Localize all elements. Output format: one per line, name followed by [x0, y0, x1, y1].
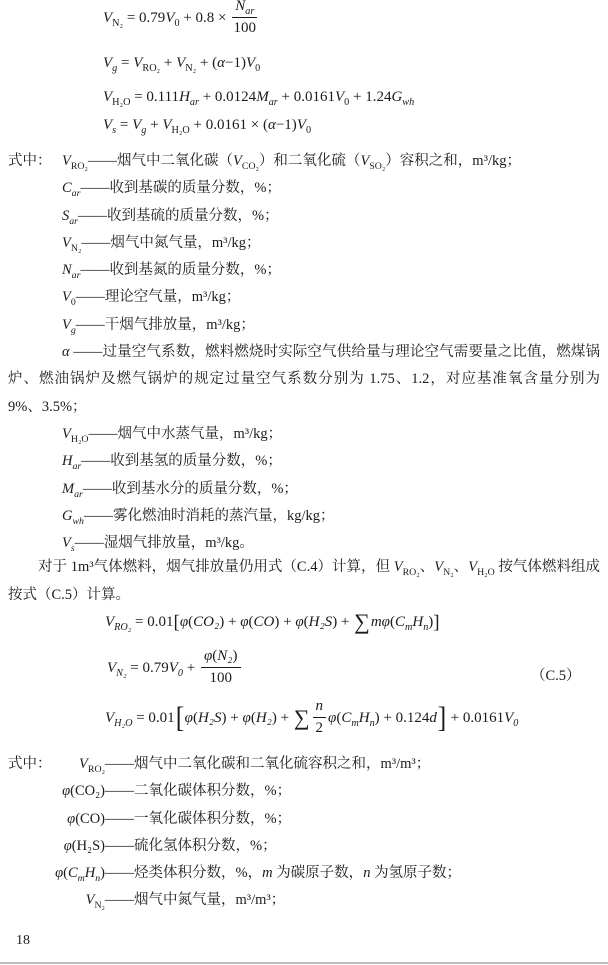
- page-number: 18: [16, 933, 30, 949]
- text-run: ) +: [274, 612, 295, 632]
- text-run: 干烟气排放量，m³/kg；: [105, 317, 255, 333]
- text-run: + (: [196, 53, 217, 73]
- text-run: (H₂S): [72, 838, 105, 854]
- text-run: 对于 1m³气体燃料，烟气排放量仍用式（C.4）计算，但: [38, 559, 394, 575]
- variable: mφ: [371, 612, 390, 632]
- text-run: 为碳原子数，: [273, 865, 364, 881]
- symbol-term: Gwh: [62, 508, 84, 524]
- symbol-term: VN₂: [62, 235, 81, 251]
- definition-row: Gwh——雾化燃油时消耗的蒸汽量，kg/kg；: [8, 503, 600, 530]
- definition-dash: ——: [89, 426, 118, 442]
- variable: V0: [335, 87, 349, 107]
- summation-symbol: ∑: [354, 611, 370, 633]
- symbol-term: VRO₂: [62, 153, 88, 169]
- definition-row: α ——过量空气系数，燃料燃烧时实际空气供给量与理论空气需要量之比值，燃煤锅炉、…: [8, 339, 600, 421]
- variable: Har: [179, 87, 199, 107]
- subscript: m: [78, 873, 85, 884]
- variable: Vg: [62, 317, 76, 333]
- definition-row: VN₂——烟气中氮气量，m³/kg；: [8, 230, 600, 257]
- text-run: 湿烟气排放量，m³/kg。: [104, 535, 254, 551]
- definition-text: 硫化氢体积分数，%；: [134, 838, 277, 854]
- symbol-term: VH₂O: [62, 426, 89, 442]
- variable: Sar: [62, 208, 78, 224]
- definition-dash: ——: [105, 811, 134, 827]
- variable: Cm: [68, 865, 85, 881]
- text-run: (CO₂): [70, 783, 105, 799]
- variable: Mar: [62, 481, 83, 497]
- text-run: = 0.79: [127, 658, 169, 678]
- numerator: Nar: [232, 0, 257, 18]
- definition-row: Sar——收到基硫的质量分数，%；: [8, 203, 600, 230]
- text-run: 为氢原子数；: [370, 865, 461, 881]
- symbol-term: φ(CmHn): [8, 860, 105, 887]
- variable: VCO₂: [233, 153, 259, 169]
- text-run: 烃类体积分数，%，: [134, 865, 262, 881]
- variable: φ: [67, 811, 75, 827]
- subscript: RO₂: [88, 764, 105, 775]
- subscript: N₂: [94, 900, 105, 911]
- variable: Gwh: [62, 508, 84, 524]
- definition-text: 烟气中水蒸气量，m³/kg；: [118, 426, 283, 442]
- text-run: ): [233, 648, 238, 665]
- text-run: + 0.0161: [447, 708, 504, 728]
- formula-vn2-gas-fuel: VN₂ = 0.79V0 + φ(N₂)100: [107, 648, 243, 687]
- variable: VH₂O: [103, 87, 130, 107]
- definition-row: V0——理论空气量，m³/kg；: [8, 284, 600, 311]
- text-run: 硫化氢体积分数，%；: [134, 838, 277, 854]
- variable: d: [429, 708, 437, 728]
- text-run: 烟气中水蒸气量，m³/kg；: [118, 426, 283, 442]
- formula-vro2-gas-fuel: VRO₂ = 0.01[φ(CO₂) + φ(CO) + φ(H₂S) + ∑m…: [105, 611, 440, 633]
- variable: V0: [165, 8, 179, 28]
- subscript: CO₂: [242, 161, 259, 172]
- numerator: n: [313, 698, 327, 718]
- definition-row: Car——收到基碳的质量分数，%；: [8, 175, 600, 202]
- text-run: 烟气中氮气量，m³/kg；: [110, 235, 260, 251]
- variable: VN₂: [434, 559, 453, 575]
- text-run: 、: [420, 559, 435, 575]
- variable: n: [316, 698, 324, 715]
- fraction: φ(N₂)100: [201, 648, 241, 687]
- variable: VN₂: [62, 235, 81, 251]
- text-run: −1): [225, 53, 246, 73]
- variable: Vg: [132, 115, 146, 135]
- definition-row: 式中：VRO₂——烟气中二氧化碳和二氧化硫容积之和，m³/m³；: [8, 751, 600, 778]
- subscript: ar: [69, 215, 78, 226]
- definition-row: Mar——收到基水分的质量分数，%；: [8, 476, 600, 503]
- gas-fuel-paragraph: 对于 1m³气体燃料，烟气排放量仍用式（C.4）计算，但 VRO₂、VN₂、VH…: [8, 554, 600, 609]
- variable: Hn: [359, 708, 375, 728]
- definition-row: VN₂——烟气中氮气量，m³/m³；: [8, 887, 600, 914]
- variable: Vs: [103, 115, 116, 135]
- definition-dash: ——: [84, 508, 113, 524]
- numerator: φ(N₂): [201, 648, 241, 668]
- big-bracket: [: [175, 703, 184, 733]
- denominator: 100: [209, 668, 232, 687]
- text-run: = 0.01: [132, 708, 174, 728]
- symbol-term: Vs: [62, 535, 75, 551]
- text-run: ) +: [219, 612, 240, 632]
- symbol-term: Har: [62, 453, 81, 469]
- denominator: 100: [234, 18, 257, 37]
- definition-dash: ——: [105, 838, 134, 854]
- variable: H₂S: [198, 708, 222, 728]
- text-run: 收到基水分的质量分数，%；: [112, 481, 298, 497]
- symbol-term: Sar: [62, 208, 78, 224]
- text-run: = 0.111: [130, 87, 179, 107]
- definition-row: Nar——收到基氮的质量分数，%；: [8, 257, 600, 284]
- page-bottom-border: [0, 962, 608, 964]
- text-run: +: [146, 115, 162, 135]
- text-run: + 0.8 ×: [180, 8, 231, 28]
- definition-text: 一氧化碳体积分数，%；: [134, 811, 291, 827]
- definition-dash: ——: [75, 535, 104, 551]
- definition-row: φ(H₂S)——硫化氢体积分数，%；: [8, 833, 600, 860]
- denominator: 2: [316, 718, 324, 737]
- definition-dash: ——: [80, 262, 109, 278]
- definition-dash: ——: [73, 344, 102, 360]
- variable: Har: [62, 453, 81, 469]
- variable: α: [217, 53, 225, 73]
- formula-vh2o-gas-fuel: VH₂O = 0.01[φ(H₂S) + φ(H₂) + ∑n2φ(CmHn) …: [105, 698, 518, 737]
- text-run: 收到基氮的质量分数，%；: [109, 262, 281, 278]
- text-run: 烟气中氮气量，m³/m³；: [134, 892, 285, 908]
- definition-row: 式中：VRO₂——烟气中二氧化碳（VCO₂）和二氧化硫（VSO₂）容积之和，m³…: [8, 148, 600, 175]
- symbol-term: α: [62, 344, 73, 360]
- variable: φ: [240, 612, 248, 632]
- text-run: =: [117, 53, 133, 73]
- formula-vs-wet-flue-gas: Vs = Vg + VH₂O + 0.0161 × (α−1)V0: [103, 115, 311, 135]
- variable: α: [268, 115, 276, 135]
- definition-dash: ——: [105, 756, 134, 772]
- subscript: H₂O: [477, 567, 495, 578]
- equation-label-c5: （C.5）: [531, 666, 581, 686]
- definition-dash: ——: [76, 289, 105, 305]
- definition-text: 烟气中二氧化碳和二氧化硫容积之和，m³/m³；: [134, 756, 430, 772]
- subscript: ar: [74, 488, 83, 499]
- variable: Vs: [62, 535, 75, 551]
- variable: VRO₂: [394, 559, 420, 575]
- subscript: wh: [72, 516, 84, 527]
- variable: V0: [504, 708, 518, 728]
- definition-dash: ——: [81, 453, 110, 469]
- subscript: ar: [72, 461, 81, 472]
- text-run: + 0.0161 × (: [190, 115, 268, 135]
- variable: VN₂: [86, 892, 105, 908]
- symbol-term: Car: [62, 180, 80, 196]
- definition-row: Har——收到基氢的质量分数，%；: [8, 448, 600, 475]
- symbol-definitions-c4: 式中：VRO₂——烟气中二氧化碳（VCO₂）和二氧化硫（VSO₂）容积之和，m³…: [8, 148, 600, 557]
- symbol-term: φ(CO₂): [8, 778, 105, 805]
- definition-text: 雾化燃油时消耗的蒸汽量，kg/kg；: [113, 508, 335, 524]
- formula-vn2-solid-fuel: VN₂ = 0.79V0 + 0.8 × Nar100: [103, 0, 259, 37]
- text-run: + 1.24: [349, 87, 391, 107]
- variable: φ: [55, 865, 63, 881]
- variable: VH₂O: [62, 426, 89, 442]
- definition-dash: ——: [88, 153, 117, 169]
- variable: CO₂: [193, 612, 219, 632]
- subscript: RO₂: [71, 161, 88, 172]
- where-label: 式中：: [8, 751, 52, 778]
- variable: m: [262, 865, 272, 881]
- variable: φ: [62, 783, 70, 799]
- variable: φ: [328, 708, 336, 728]
- text-run: 二氧化碳体积分数，%；: [134, 783, 291, 799]
- text-run: 2: [316, 720, 324, 737]
- definition-text: 烟气中二氧化碳（VCO₂）和二氧化硫（VSO₂）容积之和，m³/kg；: [117, 153, 521, 169]
- definition-row: VH₂O——烟气中水蒸气量，m³/kg；: [8, 421, 600, 448]
- definition-row: φ(CO)——一氧化碳体积分数，%；: [8, 806, 600, 833]
- definition-dash: ——: [105, 865, 134, 881]
- variable: φ: [180, 612, 188, 632]
- text-run: (CO): [75, 811, 105, 827]
- definition-dash: ——: [105, 892, 134, 908]
- subscript: N₂: [71, 243, 82, 254]
- text-run: ）容积之和，m³/kg；: [385, 153, 521, 169]
- bracket: ]: [433, 613, 439, 632]
- variable: φ: [295, 612, 303, 632]
- text-run: ) +: [332, 612, 353, 632]
- variable: H₂: [256, 708, 272, 728]
- variable: Gwh: [391, 87, 414, 107]
- text-run: 雾化燃油时消耗的蒸汽量，kg/kg；: [113, 508, 335, 524]
- variable: Car: [62, 180, 80, 196]
- variable: Mar: [256, 87, 278, 107]
- text-run: ）和二氧化硫（: [259, 153, 361, 169]
- text-run: −1): [276, 115, 297, 135]
- text-run: +: [160, 53, 176, 73]
- definition-text: 干烟气排放量，m³/kg；: [105, 317, 255, 333]
- subscript: N₂: [443, 567, 454, 578]
- text-run: + 0.0124: [199, 87, 256, 107]
- definition-text: 烟气中氮气量，m³/kg；: [110, 235, 260, 251]
- variable: VRO₂: [105, 612, 131, 632]
- formula-vg-dry-flue-gas: Vg = VRO₂ + VN₂ + (α−1)V0: [103, 53, 260, 73]
- summation-symbol: ∑: [294, 707, 310, 729]
- variable: VH₂O: [468, 559, 495, 575]
- text-run: +: [183, 658, 199, 678]
- variable: Vg: [103, 53, 117, 73]
- text-run: 烟气中二氧化碳（: [117, 153, 233, 169]
- variable: φ: [185, 708, 193, 728]
- definition-text: 收到基氢的质量分数，%；: [110, 453, 282, 469]
- variable: φ: [243, 708, 251, 728]
- variable: α: [62, 344, 70, 360]
- variable: VN₂: [176, 53, 196, 73]
- text-run: 理论空气量，m³/kg；: [105, 289, 241, 305]
- definition-row: φ(CmHn)——烃类体积分数，%，m 为碳原子数，n 为氢原子数；: [8, 860, 600, 887]
- text-run: =: [116, 115, 132, 135]
- text-run: 100: [209, 670, 232, 687]
- symbol-term: Nar: [62, 262, 80, 278]
- definition-text: 理论空气量，m³/kg；: [105, 289, 241, 305]
- variable: N₂: [217, 648, 232, 665]
- definition-dash: ——: [78, 208, 107, 224]
- formula-vh2o-water-vapor: VH₂O = 0.111Har + 0.0124Mar + 0.0161V0 +…: [103, 87, 414, 107]
- variable: Nar: [62, 262, 80, 278]
- variable: VRO₂: [62, 153, 88, 169]
- variable: φ: [64, 838, 72, 854]
- definition-text: 二氧化碳体积分数，%；: [134, 783, 291, 799]
- definition-dash: ——: [80, 180, 109, 196]
- variable: Cm: [395, 612, 412, 632]
- definition-text: 收到基氮的质量分数，%；: [109, 262, 281, 278]
- variable: Hn: [85, 865, 100, 881]
- definition-text: 湿烟气排放量，m³/kg。: [104, 535, 254, 551]
- definition-row: Vg——干烟气排放量，m³/kg；: [8, 312, 600, 339]
- variable: Nar: [235, 0, 254, 15]
- text-run: + 0.0161: [278, 87, 335, 107]
- symbol-term: V0: [62, 289, 76, 305]
- text-run: 收到基氢的质量分数，%；: [110, 453, 282, 469]
- variable: VH₂O: [105, 708, 132, 728]
- variable: H₂S: [309, 612, 333, 632]
- definition-dash: ——: [81, 235, 110, 251]
- text-run: ) +: [222, 708, 243, 728]
- variable: VN₂: [103, 8, 123, 28]
- definition-dash: ——: [105, 783, 134, 799]
- fraction: Nar100: [232, 0, 257, 37]
- subscript: H₂O: [71, 434, 89, 445]
- document-page: VN₂ = 0.79V0 + 0.8 × Nar100 Vg = VRO₂ + …: [0, 0, 608, 965]
- text-run: ) + 0.124: [375, 708, 430, 728]
- variable: CO: [254, 612, 275, 632]
- definition-text: 收到基硫的质量分数，%；: [107, 208, 279, 224]
- big-bracket: ]: [438, 703, 447, 733]
- variable: VRO₂: [133, 53, 160, 73]
- text-run: 收到基硫的质量分数，%；: [107, 208, 279, 224]
- variable: V0: [246, 53, 260, 73]
- variable: Hn: [412, 612, 428, 632]
- subscript: RO₂: [403, 567, 420, 578]
- definition-text: 烃类体积分数，%，m 为碳原子数，n 为氢原子数；: [134, 865, 461, 881]
- variable: V0: [297, 115, 311, 135]
- definition-text: 烟气中氮气量，m³/m³；: [134, 892, 285, 908]
- variable: φ: [204, 648, 212, 665]
- variable: VRO₂: [79, 756, 105, 772]
- text-run: 烟气中二氧化碳和二氧化硫容积之和，m³/m³；: [134, 756, 430, 772]
- symbol-definitions-c5: 式中：VRO₂——烟气中二氧化碳和二氧化硫容积之和，m³/m³；φ(CO₂)——…: [8, 751, 600, 915]
- symbol-term: φ(CO): [8, 806, 105, 833]
- fraction: n2: [313, 698, 327, 737]
- variable: VN₂: [107, 658, 127, 678]
- where-label: 式中：: [8, 148, 52, 175]
- definition-dash: ——: [76, 317, 105, 333]
- text-run: = 0.01: [131, 612, 173, 632]
- variable: VH₂O: [162, 115, 189, 135]
- symbol-term: Mar: [62, 481, 83, 497]
- symbol-term: Vg: [62, 317, 76, 333]
- definition-row: φ(CO₂)——二氧化碳体积分数，%；: [8, 778, 600, 805]
- text-run: 收到基碳的质量分数，%；: [109, 180, 281, 196]
- symbol-term: VN₂: [8, 887, 105, 914]
- variable: Cm: [341, 708, 358, 728]
- text-run: 一氧化碳体积分数，%；: [134, 811, 291, 827]
- text-run: 100: [234, 20, 257, 37]
- symbol-term: φ(H₂S): [8, 833, 105, 860]
- text-run: = 0.79: [123, 8, 165, 28]
- definition-text: 收到基碳的质量分数，%；: [109, 180, 281, 196]
- variable: V0: [62, 289, 76, 305]
- variable: VSO₂: [360, 153, 385, 169]
- variable: V0: [169, 658, 183, 678]
- subscript: SO₂: [369, 161, 385, 172]
- text-run: ) +: [272, 708, 293, 728]
- text-run: 、: [454, 559, 469, 575]
- definition-text: 收到基水分的质量分数，%；: [112, 481, 298, 497]
- definition-dash: ——: [83, 481, 112, 497]
